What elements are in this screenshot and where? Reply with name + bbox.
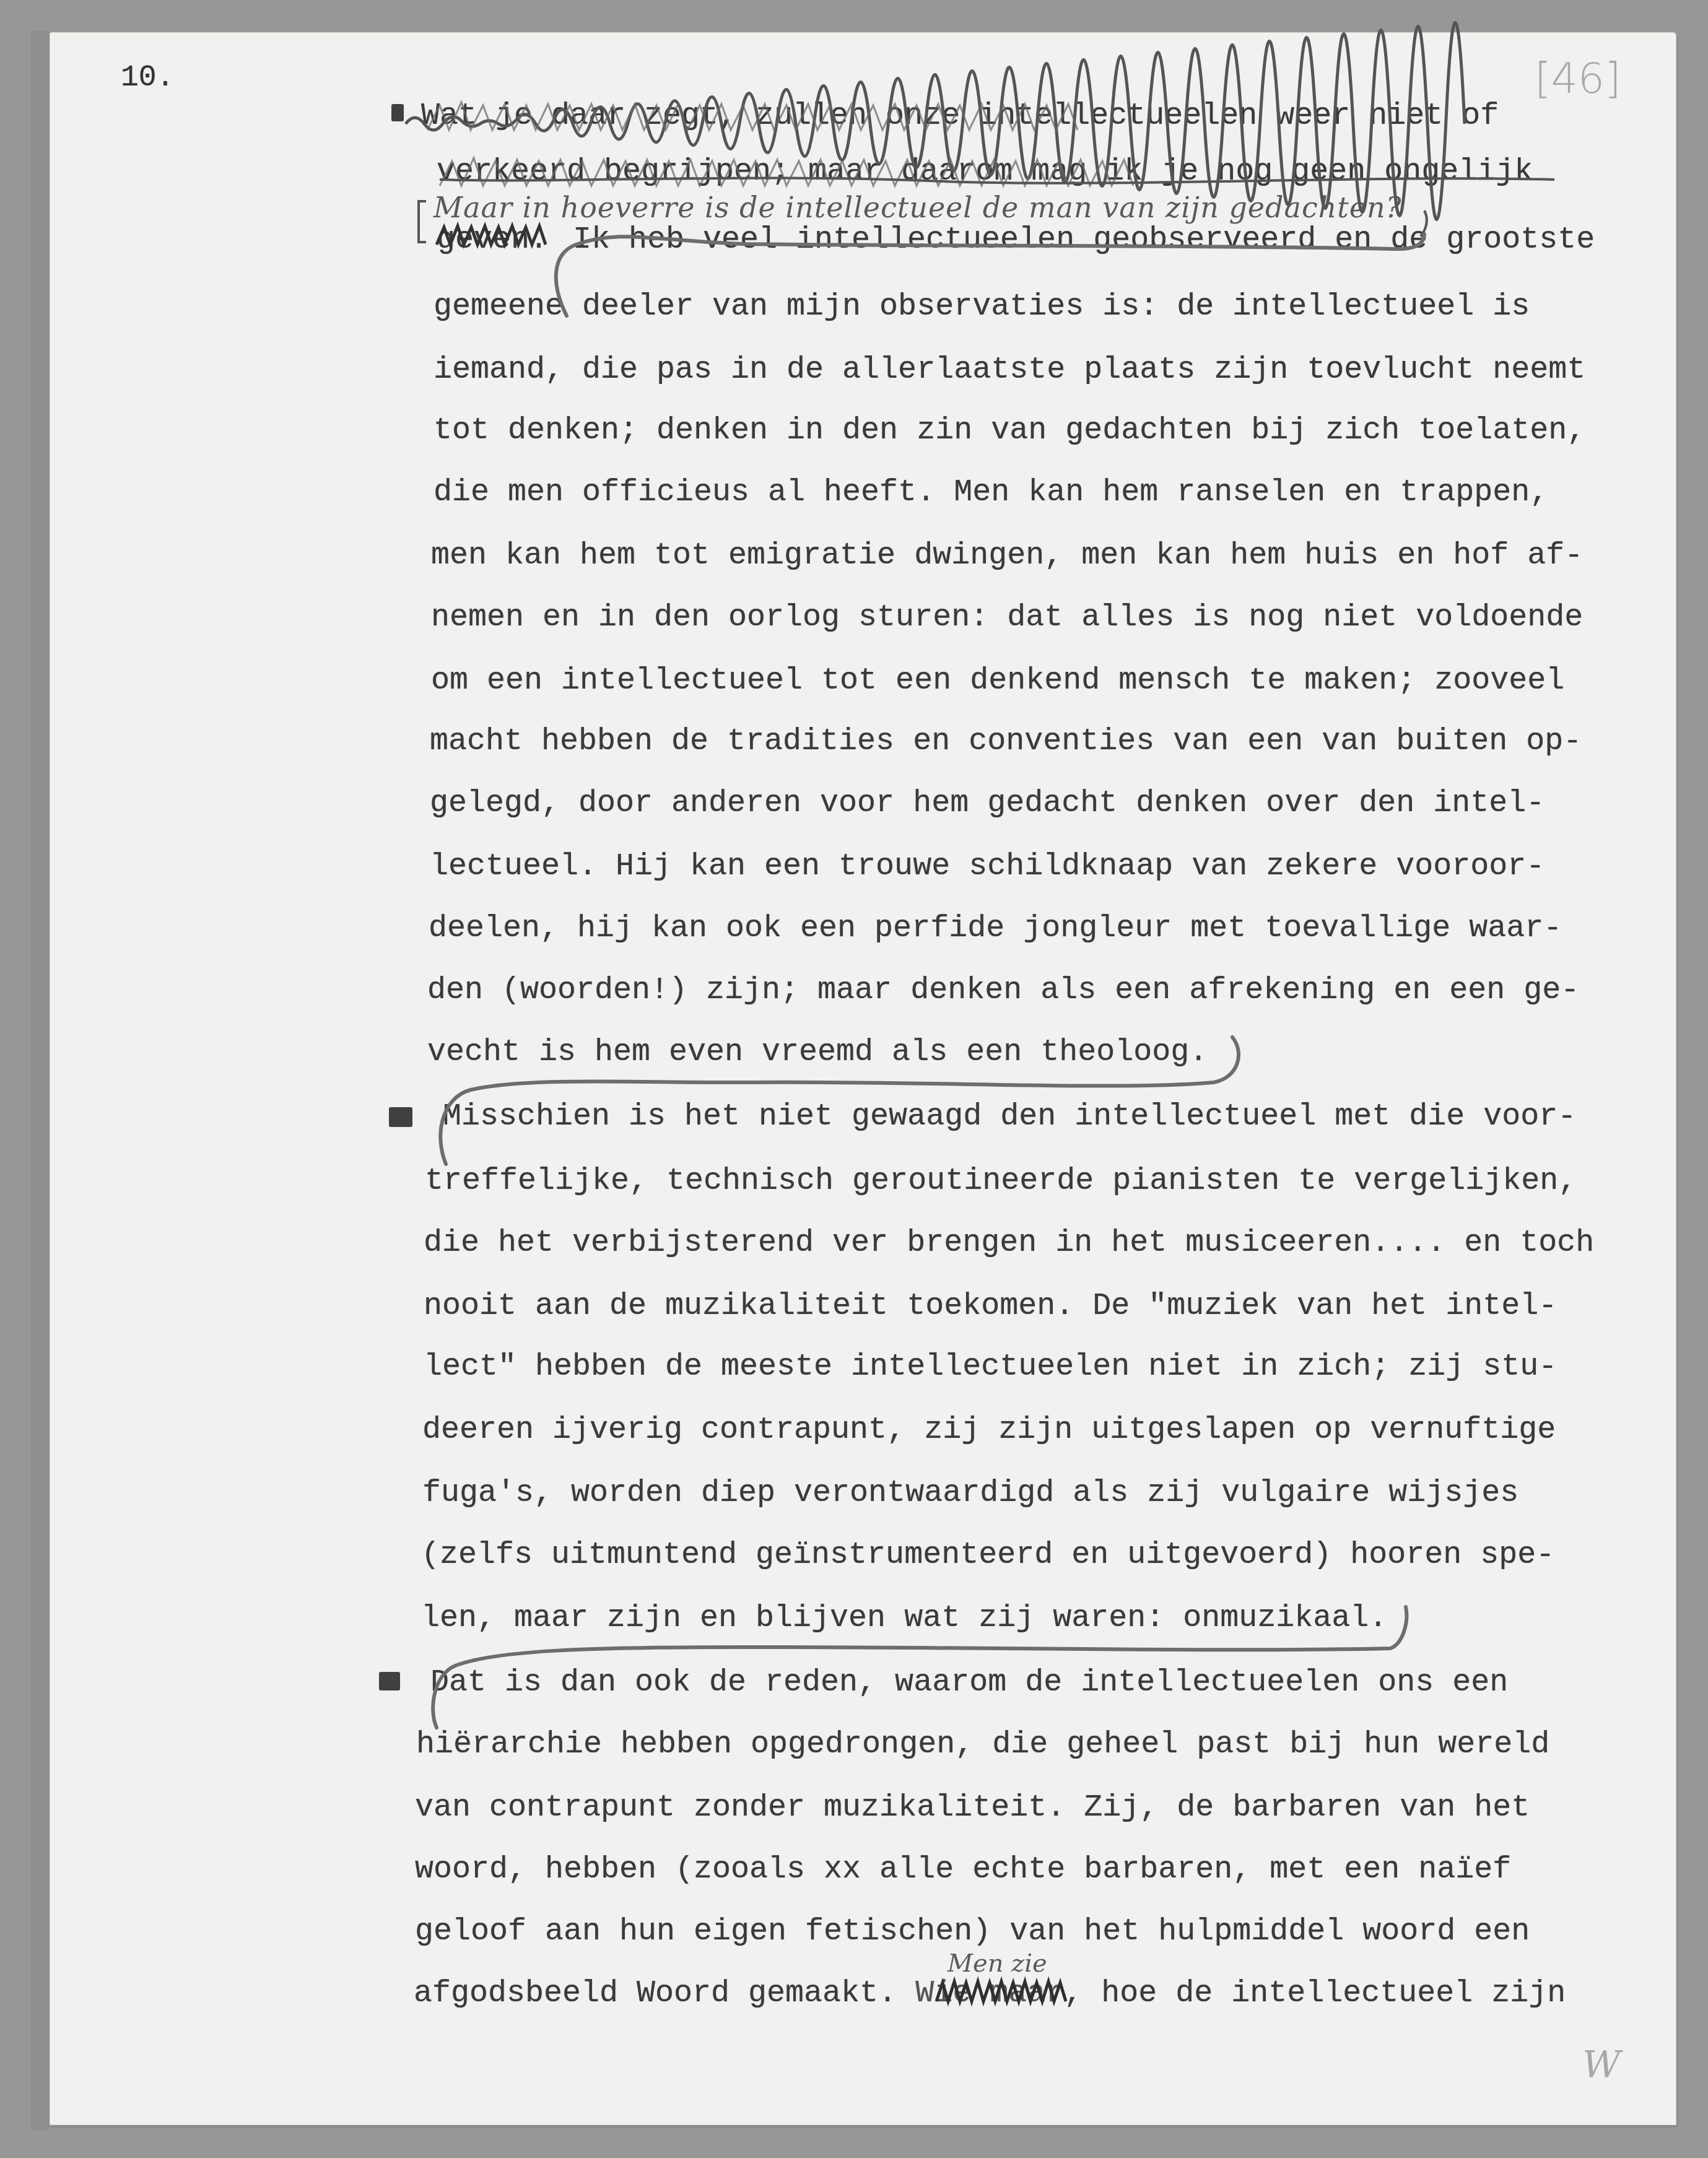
- p1-line-7: nemen en in den oorlog sturen: dat alles…: [431, 601, 1583, 635]
- p1-line-13: den (woorden!) zijn; maar denken als een…: [427, 973, 1579, 1008]
- handwritten-insertion: Maar in hoeverre is de intellectueel de …: [434, 191, 1401, 224]
- p3-line-6-before: afgodsbeeld Woord gemaakt.: [414, 1976, 915, 2011]
- p1-line-11: lectueel. Hij kan een trouwe schildknaap…: [430, 850, 1545, 884]
- p3-line-6: afgodsbeeld Woord gemaakt. Wie maar, hoe…: [414, 1977, 1566, 2011]
- p3-line-3: van contrapunt zonder muzikaliteit. Zij,…: [415, 1791, 1530, 1825]
- typed-overstrike-mark: [389, 1107, 412, 1127]
- p1-line-8: om een intellectueel tot een denkend men…: [431, 664, 1564, 698]
- scan-background-edge: [31, 31, 50, 2130]
- p1-line-3: iemand, die pas in de allerlaatste plaat…: [434, 353, 1585, 388]
- p1-line-12: deelen, hij kan ook een perfide jongleur…: [429, 911, 1562, 946]
- p2-line-1: Misschien is het niet gewaagd den intell…: [443, 1100, 1576, 1134]
- p2-line-6: deeren ijverig contrapunt, zij zijn uitg…: [422, 1413, 1556, 1448]
- p1-line-6: men kan hem tot emigratie dwingen, men k…: [431, 539, 1583, 573]
- page-number: 10.: [121, 61, 174, 95]
- p3-line-2: hiërarchie hebben opgedrongen, die gehee…: [416, 1728, 1549, 1762]
- p1-line-4: tot denken; denken in den zin van gedach…: [434, 414, 1585, 448]
- p1-line-1: Ik heb veel intellectueelen geobserveerd…: [573, 223, 1595, 258]
- typed-overstrike-mark: [391, 104, 404, 121]
- pencil-initials: W: [1582, 2043, 1621, 2087]
- handwritten-replacement: Men zie: [948, 1949, 1047, 1978]
- archive-page-number: [46]: [1535, 54, 1621, 103]
- p2-line-8: (zelfs uitmuntend geïnstrumenteerd en ui…: [421, 1538, 1554, 1573]
- struck-words: Wie maar: [915, 1977, 1064, 2011]
- p3-line-5: geloof aan hun eigen fetischen) van het …: [415, 1915, 1530, 1949]
- p2-line-9: len, maar zijn en blijven wat zij waren:…: [421, 1601, 1387, 1636]
- p2-line-4: nooit aan de muzikaliteit toekomen. De "…: [424, 1289, 1557, 1324]
- struck-line-1: Wat je daar zegt, zullen onze intellectu…: [421, 99, 1499, 134]
- p3-line-6-after: , hoe de intellectueel zijn: [1064, 1976, 1566, 2011]
- p3-line-1: Dat is dan ook de reden, waarom de intel…: [430, 1666, 1508, 1700]
- typed-overstrike-mark: [379, 1672, 400, 1690]
- p1-line-2: gemeene deeler van mijn observaties is: …: [434, 290, 1530, 324]
- p2-line-7: fuga's, worden diep verontwaardigd als z…: [422, 1476, 1518, 1511]
- struck-line-2: verkeerd begrijpen; maar daarom mag ik j…: [437, 155, 1533, 189]
- p1-line-5: die men officieus al heeft. Men kan hem …: [434, 476, 1548, 510]
- p2-line-5: lect" hebben de meeste intellectueelen n…: [424, 1350, 1557, 1385]
- p3-line-4: woord, hebben (zooals xx alle echte barb…: [415, 1853, 1511, 1887]
- p1-line-14: vecht is hem even vreemd als een theoloo…: [427, 1035, 1208, 1070]
- p1-line-9: macht hebben de tradities en conventies …: [430, 724, 1582, 759]
- p1-line-10: gelegd, door anderen voor hem gedacht de…: [430, 786, 1545, 821]
- struck-line-3: geven.: [437, 223, 548, 258]
- p2-line-2: treffelijke, technisch geroutineerde pia…: [425, 1164, 1577, 1199]
- p2-line-3: die het verbijsterend ver brengen in het…: [424, 1226, 1594, 1261]
